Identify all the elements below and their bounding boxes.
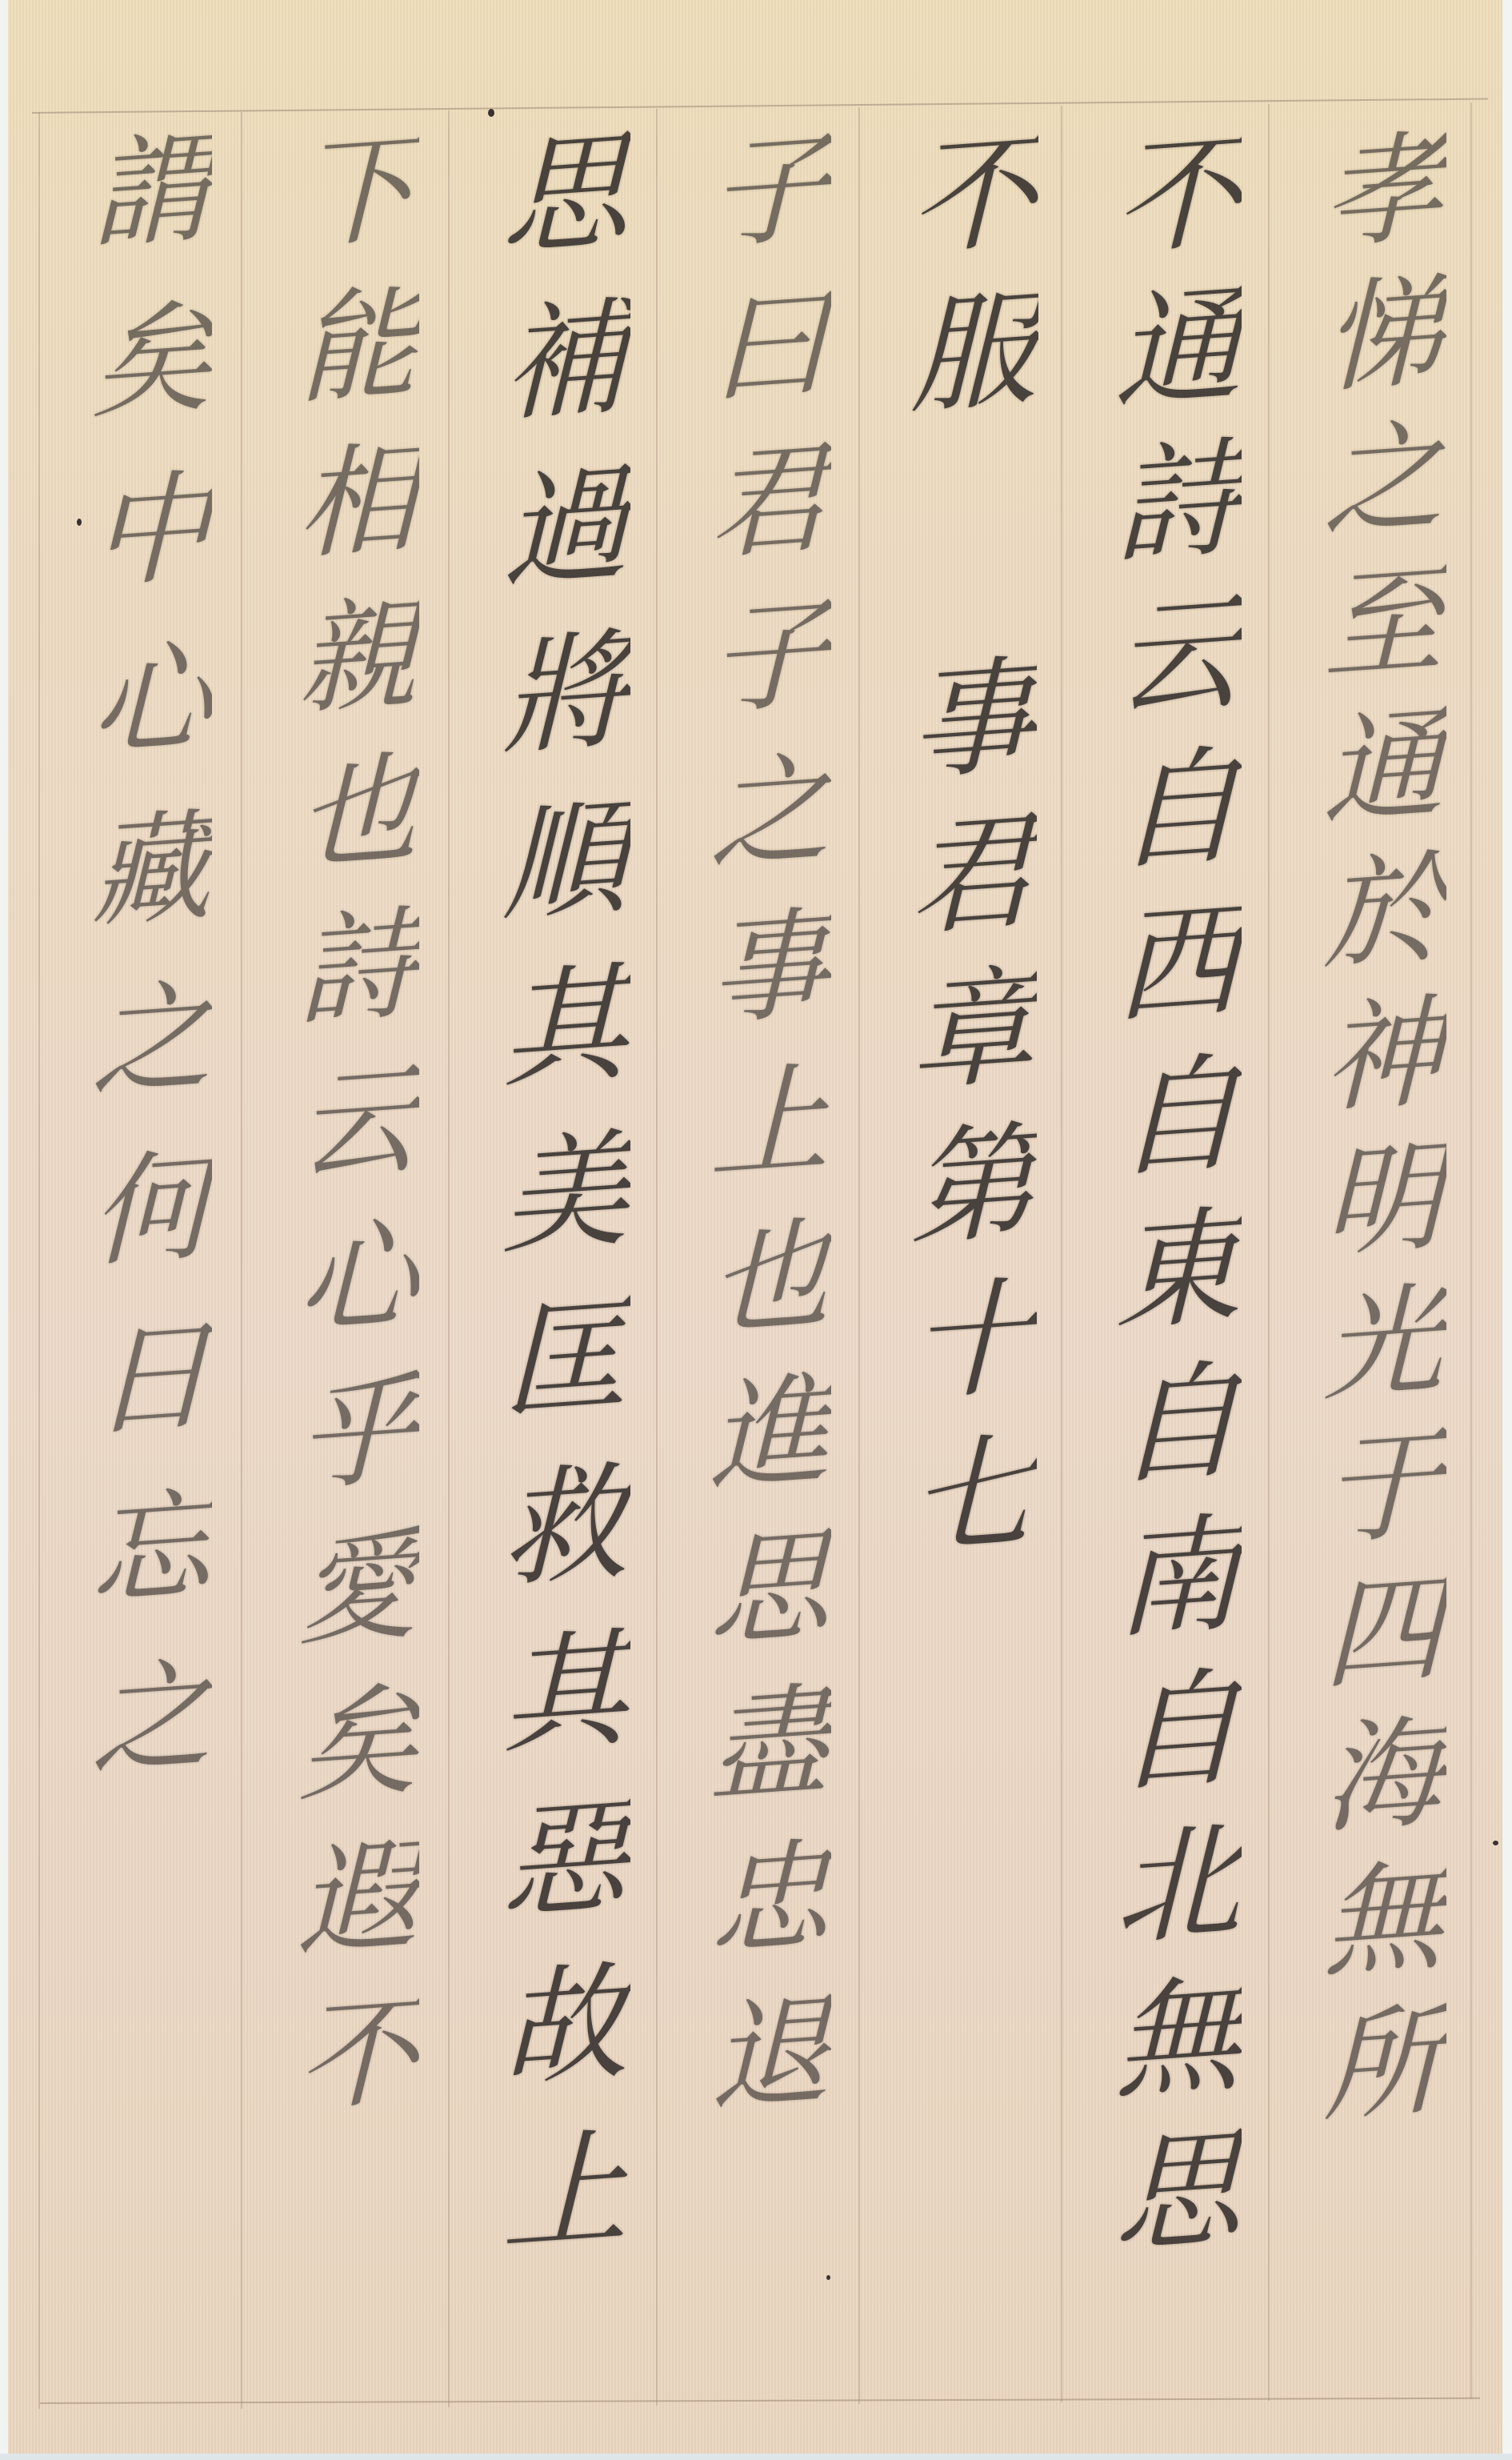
column-rule xyxy=(448,110,450,2407)
column-text: 不通詩云自西自東自南自北無思 xyxy=(1104,123,1230,2283)
ink-speck xyxy=(488,109,494,117)
column-rule xyxy=(1061,106,1062,2402)
paper-sheet: 孝悌之至通於神明光于四海無所 不通詩云自西自東自南自北無思 不服 事君章第十七 … xyxy=(8,0,1502,2454)
column-text: 不服 xyxy=(899,123,1026,449)
column-rule xyxy=(38,112,40,2409)
chapter-heading: 事君章第十七 xyxy=(899,648,1026,1589)
ink-speck xyxy=(1493,1841,1498,1845)
text-column-5: 思補過將順其美匡救其惡故上 xyxy=(456,128,652,2401)
column-text: 思補過將順其美匡救其惡故上 xyxy=(491,123,618,2296)
scan-edge xyxy=(0,2454,1512,2460)
text-column-2: 不通詩云自西自東自南自北無思 xyxy=(1069,128,1265,2401)
ink-speck xyxy=(77,519,82,526)
column-text: 孝悌之至通於神明光于四海無所 xyxy=(1312,124,1432,2149)
column-rule xyxy=(656,109,658,2406)
text-column-7: 謂矣中心藏之何日忘之 xyxy=(44,128,236,2401)
column-text: 子曰君子之事上也進思盡忠退 xyxy=(698,124,818,2150)
column-rule xyxy=(858,107,860,2404)
text-column-3: 不服 事君章第十七 xyxy=(864,128,1060,2401)
ink-speck xyxy=(826,2275,830,2280)
column-text: 下能相親也詩云心乎愛矣遐不 xyxy=(286,124,406,2150)
text-column-4: 子曰君子之事上也進思盡忠退 xyxy=(660,128,856,2401)
column-rule xyxy=(1470,102,1472,2399)
column-text: 謂矣中心藏之何日忘之 xyxy=(80,124,200,1829)
text-column-1: 孝悌之至通於神明光于四海無所 xyxy=(1276,128,1468,2401)
column-rule xyxy=(241,112,242,2409)
text-column-6: 下能相親也詩云心乎愛矣遐不 xyxy=(248,128,444,2401)
column-rule xyxy=(1268,104,1270,2401)
